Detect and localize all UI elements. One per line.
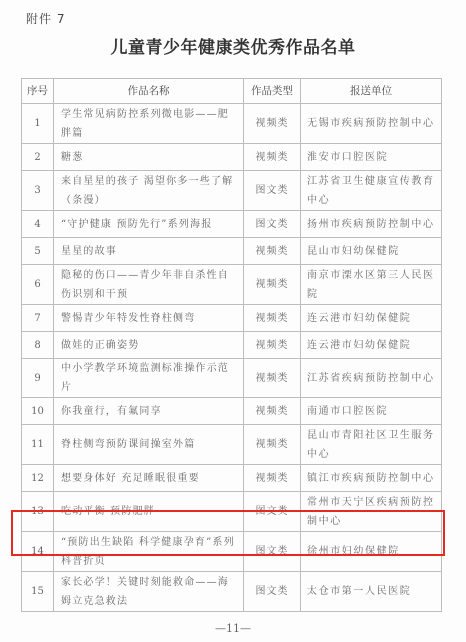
- awards-table: 序号 作品名称 作品类型 报送单位 1学生常见病防控系列微电影——肥胖篇视频类无…: [21, 78, 442, 612]
- cell-type: 视频类: [244, 104, 301, 144]
- cell-unit: 江苏省卫生健康宣传教育中心: [301, 171, 442, 211]
- table-body: 1学生常见病防控系列微电影——肥胖篇视频类无锡市疾病预防控制中心2糖葱视频类淮安…: [22, 104, 442, 612]
- table-row: 10你我童行，有氟同享视频类南通市口腔医院: [22, 398, 442, 425]
- cell-name: 学生常见病防控系列微电影——肥胖篇: [54, 104, 244, 144]
- table-row-highlighted: 14“预防出生缺陷 科学健康孕育”系列科普折页图文类徐州市妇幼保健院: [22, 532, 442, 572]
- table-row: 11脊柱侧弯预防课间操室外篇视频类昆山市青阳社区卫生服务中心: [22, 425, 442, 465]
- table-row: 4“守护健康 预防先行”系列海报图文类扬州市疾病预防控制中心: [22, 211, 442, 238]
- cell-type: 视频类: [244, 305, 301, 332]
- cell-seq: 5: [22, 238, 54, 265]
- cell-unit: 徐州市妇幼保健院: [301, 532, 442, 572]
- cell-type: 视频类: [244, 425, 301, 465]
- cell-type: 图文类: [244, 572, 301, 612]
- cell-type: 视频类: [244, 265, 301, 305]
- cell-type: 视频类: [244, 238, 301, 265]
- cell-seq: 8: [22, 332, 54, 359]
- cell-seq: 6: [22, 265, 54, 305]
- table-row: 1学生常见病防控系列微电影——肥胖篇视频类无锡市疾病预防控制中心: [22, 104, 442, 144]
- table-row: 5星星的故事视频类昆山市妇幼保健院: [22, 238, 442, 265]
- cell-unit: 连云港市妇幼保健院: [301, 305, 442, 332]
- page-number: —11—: [0, 622, 466, 635]
- cell-type: 视频类: [244, 144, 301, 171]
- table-row: 7警惕青少年特发性脊柱侧弯视频类连云港市妇幼保健院: [22, 305, 442, 332]
- cell-seq: 12: [22, 465, 54, 492]
- cell-name: 你我童行，有氟同享: [54, 398, 244, 425]
- table-row: 9中小学教学环境监测标准操作示范片视频类江苏省疾病预防控制中心: [22, 359, 442, 398]
- header-unit: 报送单位: [301, 79, 442, 104]
- cell-seq: 4: [22, 211, 54, 238]
- cell-unit: 江苏省疾病预防控制中心: [301, 359, 442, 398]
- cell-type: 图文类: [244, 492, 301, 532]
- cell-seq: 3: [22, 171, 54, 211]
- cell-unit: 淮安市口腔医院: [301, 144, 442, 171]
- cell-unit: 扬州市疾病预防控制中心: [301, 211, 442, 238]
- cell-type: 视频类: [244, 398, 301, 425]
- cell-seq: 9: [22, 359, 54, 398]
- table-row: 8做娃的正确姿势视频类连云港市妇幼保健院: [22, 332, 442, 359]
- cell-name: 隐秘的伤口——青少年非自杀性自伤识别和干预: [54, 265, 244, 305]
- cell-type: 视频类: [244, 465, 301, 492]
- cell-name: 做娃的正确姿势: [54, 332, 244, 359]
- cell-name: 糖葱: [54, 144, 244, 171]
- table-row: 13吃动平衡 预防肥胖图文类常州市天宁区疾病预防控制中心: [22, 492, 442, 532]
- cell-name: “预防出生缺陷 科学健康孕育”系列科普折页: [54, 532, 244, 572]
- header-seq: 序号: [22, 79, 54, 104]
- cell-type: 视频类: [244, 332, 301, 359]
- cell-type: 图文类: [244, 171, 301, 211]
- cell-unit: 连云港市妇幼保健院: [301, 332, 442, 359]
- table-row: 12想要身体好 充足睡眠很重要视频类镇江市疾病预防控制中心: [22, 465, 442, 492]
- cell-unit: 昆山市青阳社区卫生服务中心: [301, 425, 442, 465]
- cell-type: 图文类: [244, 532, 301, 572]
- cell-seq: 2: [22, 144, 54, 171]
- cell-name: “守护健康 预防先行”系列海报: [54, 211, 244, 238]
- cell-seq: 11: [22, 425, 54, 465]
- cell-name: 星星的故事: [54, 238, 244, 265]
- table-row: 15家长必学！关键时刻能救命——海姆立克急救法图文类太仓市第一人民医院: [22, 572, 442, 612]
- cell-name: 中小学教学环境监测标准操作示范片: [54, 359, 244, 398]
- table-row: 3来自星星的孩子 渴望你多一些了解（条漫）图文类江苏省卫生健康宣传教育中心: [22, 171, 442, 211]
- cell-name: 吃动平衡 预防肥胖: [54, 492, 244, 532]
- table-header-row: 序号 作品名称 作品类型 报送单位: [22, 79, 442, 104]
- cell-name: 警惕青少年特发性脊柱侧弯: [54, 305, 244, 332]
- cell-unit: 昆山市妇幼保健院: [301, 238, 442, 265]
- page-title: 儿童青少年健康类优秀作品名单: [0, 33, 466, 58]
- table-row: 6隐秘的伤口——青少年非自杀性自伤识别和干预视频类南京市溧水区第三人民医院: [22, 265, 442, 305]
- cell-unit: 镇江市疾病预防控制中心: [301, 465, 442, 492]
- cell-name: 想要身体好 充足睡眠很重要: [54, 465, 244, 492]
- cell-seq: 7: [22, 305, 54, 332]
- header-type: 作品类型: [244, 79, 301, 104]
- cell-seq: 13: [22, 492, 54, 532]
- table-row: 2糖葱视频类淮安市口腔医院: [22, 144, 442, 171]
- cell-seq: 10: [22, 398, 54, 425]
- cell-type: 视频类: [244, 359, 301, 398]
- cell-type: 图文类: [244, 211, 301, 238]
- cell-name: 家长必学！关键时刻能救命——海姆立克急救法: [54, 572, 244, 612]
- cell-unit: 无锡市疾病预防控制中心: [301, 104, 442, 144]
- cell-name: 脊柱侧弯预防课间操室外篇: [54, 425, 244, 465]
- cell-unit: 太仓市第一人民医院: [301, 572, 442, 612]
- header-name: 作品名称: [54, 79, 244, 104]
- cell-seq: 1: [22, 104, 54, 144]
- document-page: 附件 7 儿童青少年健康类优秀作品名单 序号 作品名称 作品类型 报送单位 1学…: [0, 0, 466, 642]
- cell-name: 来自星星的孩子 渴望你多一些了解（条漫）: [54, 171, 244, 211]
- cell-seq: 15: [22, 572, 54, 612]
- cell-seq: 14: [22, 532, 54, 572]
- attachment-label: 附件 7: [26, 10, 65, 27]
- cell-unit: 常州市天宁区疾病预防控制中心: [301, 492, 442, 532]
- cell-unit: 南通市口腔医院: [301, 398, 442, 425]
- cell-unit: 南京市溧水区第三人民医院: [301, 265, 442, 305]
